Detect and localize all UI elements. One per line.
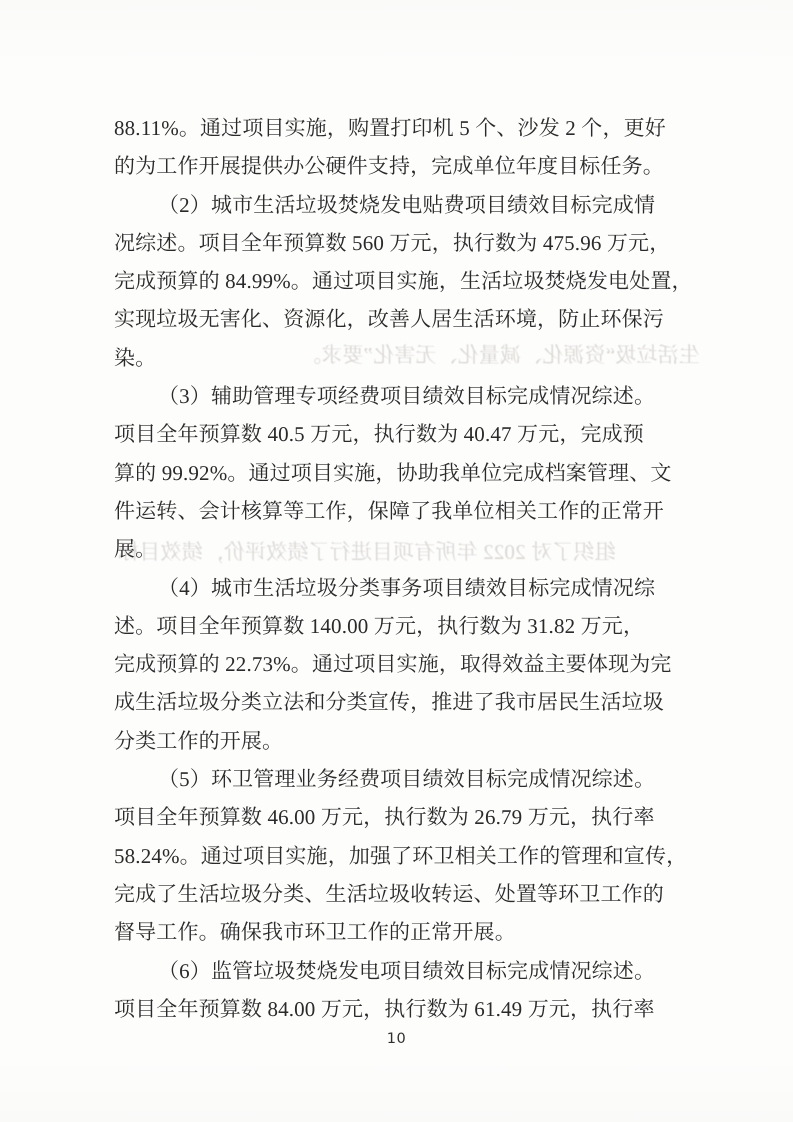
text-line: 的为工作开展提供办公硬件支持，完成单位年度目标任务。: [114, 147, 670, 185]
text-line: 完成预算的 22.73%。通过项目实施，取得效益主要体现为完: [114, 645, 670, 683]
text-line: 完成了生活垃圾分类、生活垃圾收转运、处置等环卫工作的: [114, 875, 670, 913]
text-line: 件运转、会计核算等工作，保障了我单位相关工作的正常开: [114, 492, 670, 530]
text-line: （5）环卫管理业务经费项目绩效目标完成情况综述。: [114, 760, 670, 798]
text-line: 述。项目全年预算数 140.00 万元，执行数为 31.82 万元，: [114, 607, 670, 645]
scanned-document-page: 生活垃圾“资源化、减量化、无害化”要求。 组织了对 2022 年所有项目进行了绩…: [0, 0, 793, 1122]
text-line: （3）辅助管理专项经费项目绩效目标完成情况综述。: [114, 377, 670, 415]
text-line: （4）城市生活垃圾分类事务项目绩效目标完成情况综: [114, 569, 670, 607]
text-line: 染。: [114, 339, 670, 377]
text-line: 项目全年预算数 84.00 万元，执行数为 61.49 万元，执行率: [114, 990, 670, 1028]
text-line: 算的 99.92%。通过项目实施，协助我单位完成档案管理、文: [114, 454, 670, 492]
text-line: 完成预算的 84.99%。通过项目实施，生活垃圾焚烧发电处置，: [114, 262, 670, 300]
page-number: 10: [0, 1031, 793, 1047]
text-line: 项目全年预算数 46.00 万元，执行数为 26.79 万元，执行率: [114, 798, 670, 836]
text-line: 项目全年预算数 40.5 万元，执行数为 40.47 万元，完成预: [114, 415, 670, 453]
text-line: 实现垃圾无害化、资源化，改善人居生活环境，防止环保污: [114, 300, 670, 338]
text-line: 督导工作。确保我市环卫工作的正常开展。: [114, 913, 670, 951]
text-line: 分类工作的开展。: [114, 722, 670, 760]
text-line: （2）城市生活垃圾焚烧发电贴费项目绩效目标完成情: [114, 186, 670, 224]
text-block: 88.11%。通过项目实施，购置打印机 5 个、沙发 2 个，更好的为工作开展提…: [114, 109, 670, 1028]
text-line: 58.24%。通过项目实施，加强了环卫相关工作的管理和宣传，: [114, 837, 670, 875]
text-line: （6）监管垃圾焚烧发电项目绩效目标完成情况综述。: [114, 952, 670, 990]
text-line: 况综述。项目全年预算数 560 万元，执行数为 475.96 万元，: [114, 224, 670, 262]
text-line: 成生活垃圾分类立法和分类宣传，推进了我市居民生活垃圾: [114, 683, 670, 721]
text-line: 88.11%。通过项目实施，购置打印机 5 个、沙发 2 个，更好: [114, 109, 670, 147]
text-line: 展。: [114, 530, 670, 568]
